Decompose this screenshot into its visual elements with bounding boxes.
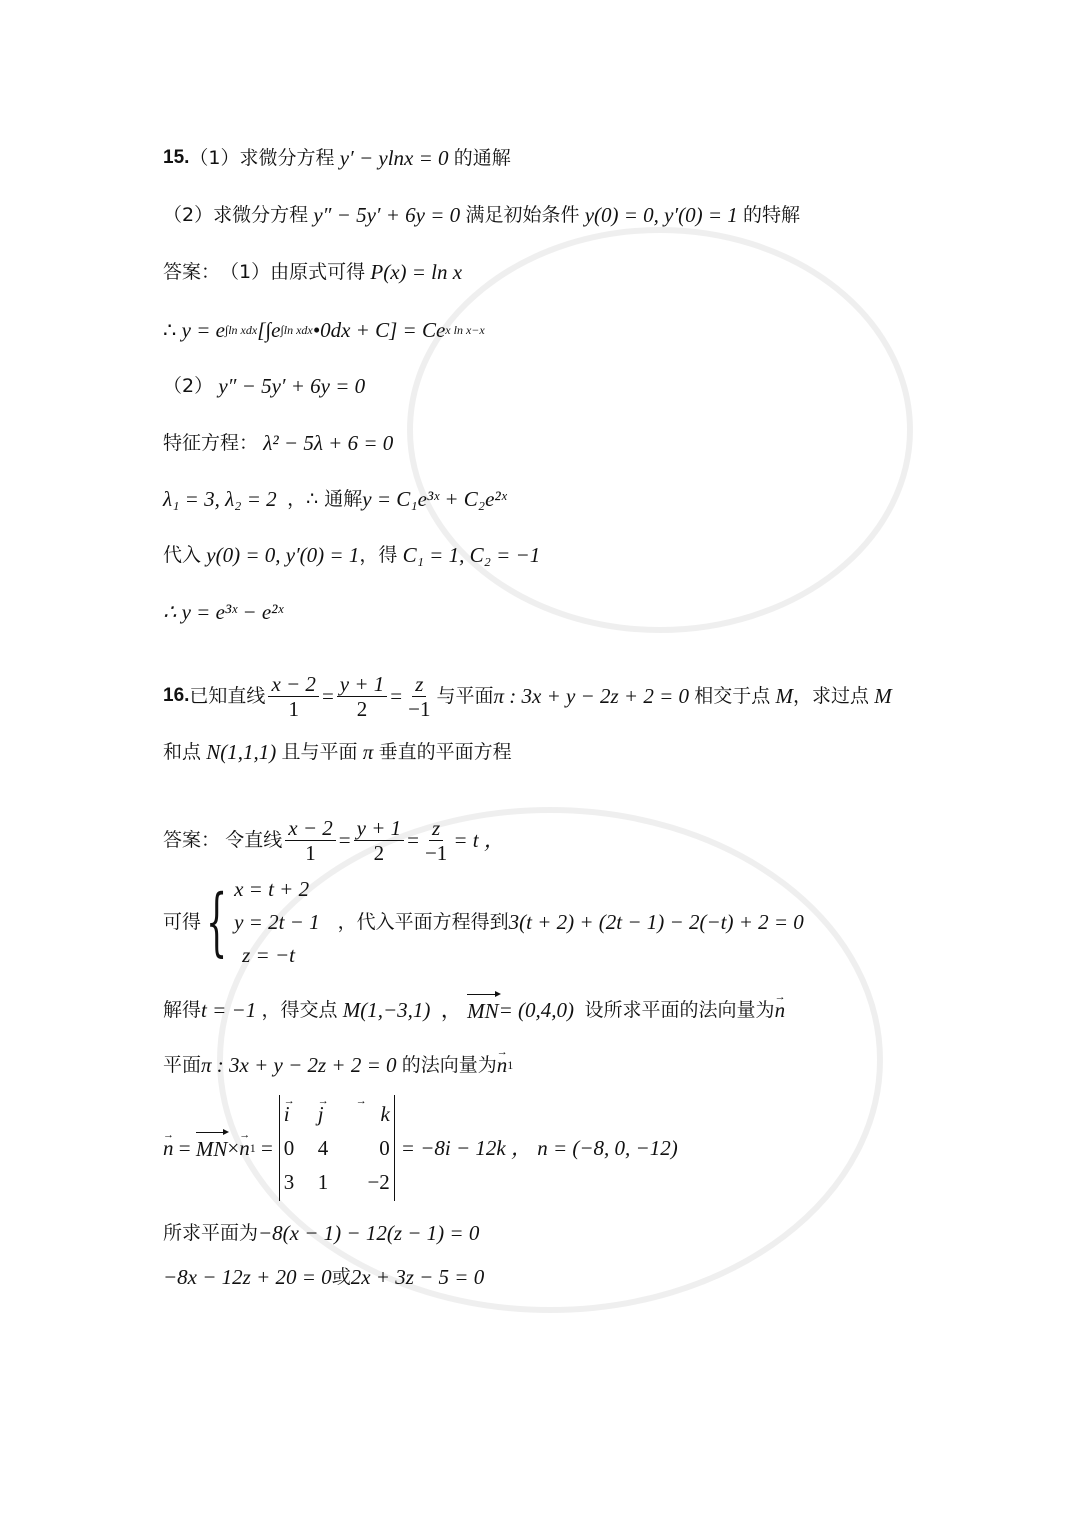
watermark-icon — [380, 200, 940, 660]
equation: y(0) = 0, y′(0) = 1 — [585, 200, 738, 230]
equation: y = C₁e³ˣ + C₂e²ˣ — [362, 484, 506, 514]
equation: ∴ y = e³ˣ − e²ˣ — [163, 597, 283, 627]
equation: P(x) = ln x — [370, 257, 462, 287]
a16-plane-result: 所求平面为 −8(x − 1) − 12(z − 1) = 0 — [163, 1218, 479, 1248]
a15-substitute: 代入 y(0) = 0, y′(0) = 1 ，得 C₁ = 1, C₂ = −… — [163, 540, 540, 570]
q16-line1: 16. 已知直线 x − 21= y + 12= z−1 与平面 π : 3x … — [163, 668, 892, 724]
a15-char-eq: 特征方程： λ² − 5λ + 6 = 0 — [163, 428, 393, 458]
equation: y″ − 5y′ + 6y = 0 — [313, 200, 460, 230]
a15-roots: λ₁ = 3, λ₂ = 2 ，∴ 通解 y = C₁e³ˣ + C₂e²ˣ — [163, 484, 507, 514]
a16-solve: 解得 t = −1 ，得交点 M(1,−3,1) ， MN = (0,4,0) … — [163, 994, 785, 1026]
a16-final: −8x − 12z + 20 = 0 或 2x + 3z − 5 = 0 — [163, 1262, 484, 1292]
a16-cross-product: n = MN × n1 = i j k 0 4 0 3 1 −2 = −8i −… — [163, 1095, 678, 1200]
q15-part2: （2） 求微分方程 y″ − 5y′ + 6y = 0 满足初始条件 y(0) … — [163, 200, 800, 230]
question-number: 15. — [163, 143, 189, 173]
a16-plane-normal: 平面 π : 3x + y − 2z + 2 = 0 的法向量为 n1 — [163, 1050, 513, 1080]
q15-part1: 15. （1） 求微分方程 y′ − ylnx = 0 的通解 — [163, 143, 511, 173]
a15-p1: 答案： （1） 由原式可得 P(x) = ln x — [163, 257, 462, 287]
question-number: 16. — [163, 681, 189, 711]
a15-p2: （2） y″ − 5y′ + 6y = 0 — [163, 371, 365, 401]
a16-let: 答案： 令直线 x − 21= y + 12= z−1 = t ， — [163, 812, 505, 868]
a16-system: 可得 { x = t + 2 y = 2t − 1 z = −t ，代入平面方程… — [163, 872, 804, 972]
document-page: 15. （1） 求微分方程 y′ − ylnx = 0 的通解 （2） 求微分方… — [0, 0, 1080, 1527]
equation: λ² − 5λ + 6 = 0 — [263, 428, 393, 458]
equation: y″ − 5y′ + 6y = 0 — [218, 371, 365, 401]
determinant: i j k 0 4 0 3 1 −2 — [279, 1095, 395, 1201]
q16-line2: 和点 N(1,1,1) 且与平面 π 垂直的平面方程 — [163, 737, 512, 767]
left-brace-icon: { — [206, 885, 227, 959]
equation: y′ − ylnx = 0 — [340, 143, 449, 173]
a15-final: ∴ y = e³ˣ − e²ˣ — [163, 597, 283, 627]
a15-solution: ∴ y = e∫ln xdx [∫e∫ln xdx •0dx + C] = Ce… — [163, 315, 485, 345]
